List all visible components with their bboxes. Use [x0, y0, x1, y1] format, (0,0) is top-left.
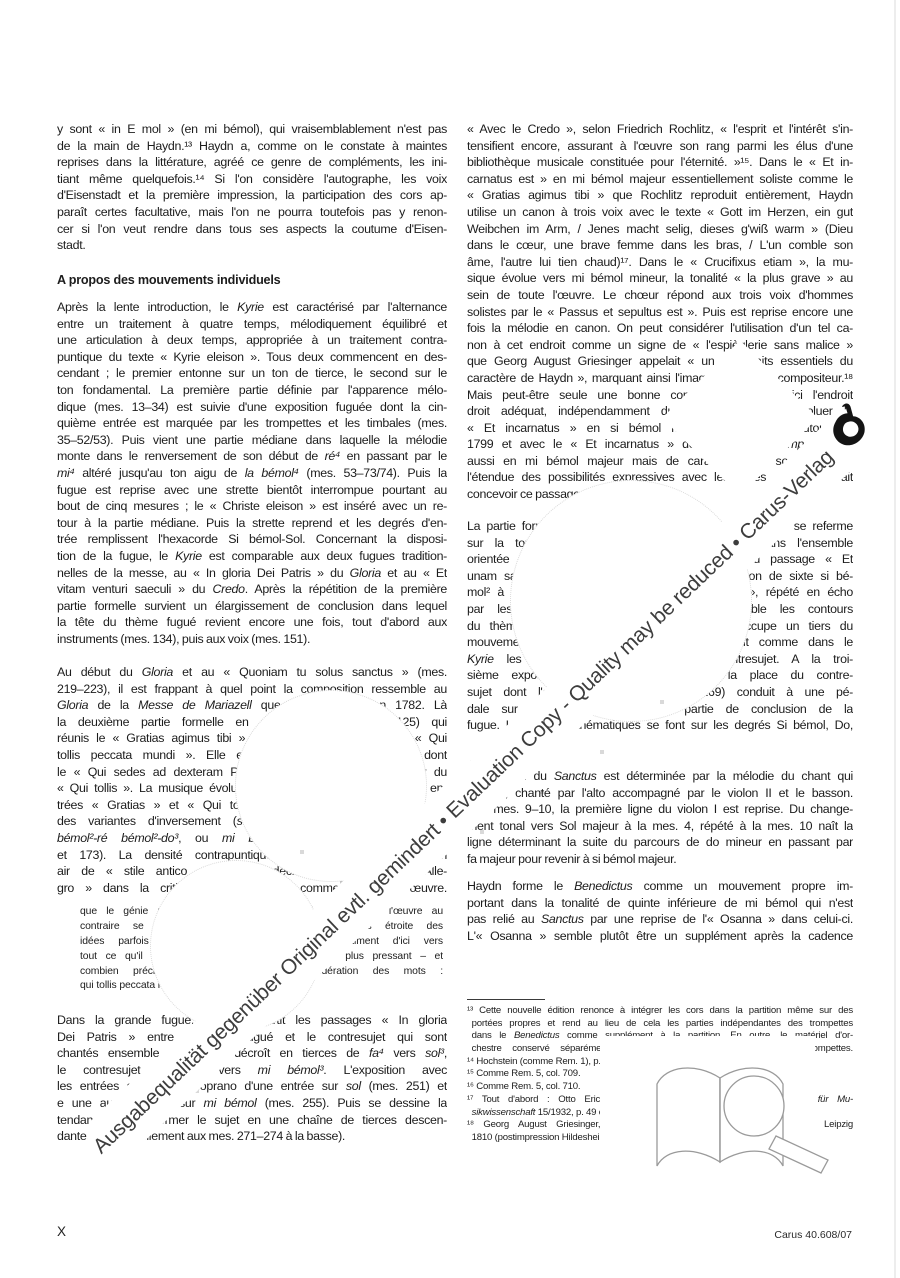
paragraph-sanctus: L'intonation du Sanctus est déterminée p…: [467, 768, 853, 868]
text-line: ligne déterminant la suite du parcours d…: [467, 834, 853, 851]
scan-noise: [0, 0, 2, 2]
text-line: ¹³ Cette nouvelle édition renonce à inté…: [467, 1005, 853, 1018]
text-line: que Georg August Griesinger appelait « u…: [467, 353, 853, 370]
text-line: Haydn forme le Benedictus comme un mouve…: [467, 878, 853, 895]
text-line: bibliothèque musicale constituée pour l'…: [467, 154, 853, 171]
text-line: reprises dans la littérature, agréé ce g…: [57, 154, 447, 171]
page-number: X: [57, 1224, 66, 1239]
text-line: ment tonal vers Sol majeur à la mes. 4, …: [467, 818, 853, 835]
text-line: chantés ensemble ; le sujet décroît en t…: [57, 1045, 447, 1062]
text-line: y sont « in E mol » (en mi bémol), qui v…: [57, 121, 447, 138]
text-line: entre un traitement à quatre temps, mélo…: [57, 316, 447, 333]
text-line: la tête du thème fugué revient encore un…: [57, 614, 447, 631]
text-line: cer si l'on veut rendre dans tous ses as…: [57, 221, 447, 238]
text-line: stadt.: [57, 237, 447, 254]
text-line: de la main de Haydn.¹³ Haydn a, comme on…: [57, 138, 447, 155]
text-line: dans le cœur, une brave femme dans les b…: [467, 237, 853, 254]
text-line: quième entrée est marquée par les trompe…: [57, 415, 447, 432]
text-line: « Gratias agimus tibi » que Rochlitz rep…: [467, 187, 853, 204]
text-line: sein de toute l'œuvre. Le chœur répond a…: [467, 287, 853, 304]
text-line: Aux mes. 9–10, la première ligne du viol…: [467, 801, 853, 818]
text-line: tour à la partie médiane. Puis la strett…: [57, 515, 447, 532]
open-book-magnifier-icon: [600, 1036, 845, 1193]
watermark-erase-circle: [510, 480, 752, 722]
text-line: caractère de Haydn », marquant ainsi l'i…: [467, 370, 853, 387]
text-line: vitam venturi saeculi » du Credo. Après …: [57, 581, 447, 598]
text-line: mi⁴ altéré jusqu'au ton aigu de la bémol…: [57, 465, 447, 482]
text-line: tiant même quelquefois.¹⁴ Si l'on consid…: [57, 171, 447, 188]
text-line: les entrées se suit au soprano d'une ent…: [57, 1078, 447, 1095]
paragraph-kyrie: Après la lente introduction, le Kyrie es…: [57, 299, 447, 647]
text-line: partie formelle survient un élargissemen…: [57, 598, 447, 615]
text-line: carnatus est » en mi bémol majeur essent…: [467, 171, 853, 188]
page-edge-shadow: [894, 0, 896, 1278]
text-line: âme, l'autre lui tien chaud)¹⁷. Dans le …: [467, 254, 853, 271]
text-line: cendant ; le premier entonne sur un ton …: [57, 365, 447, 382]
text-line: Au début du Gloria et au « Quoniam tu so…: [57, 664, 447, 681]
text-line: L'« Osanna » semble plutôt être un suppl…: [467, 928, 853, 945]
text-line: fugue est reprise avec une strette bient…: [57, 482, 447, 499]
text-line: solistes par le « Passus et sepultus est…: [467, 304, 853, 321]
text-line: fa majeur pour revenir à si bémol majeur…: [467, 851, 853, 868]
paragraph-horns: y sont « in E mol » (en mi bémol), qui v…: [57, 121, 447, 254]
text-line: Après la lente introduction, le Kyrie es…: [57, 299, 447, 316]
section-heading: A propos des mouvements individuels: [57, 273, 447, 287]
text-line: 219–223), il est frappant à quel point l…: [57, 681, 447, 698]
text-line: monte dans le renversement de son début …: [57, 448, 447, 465]
text-line: d'Eisenstadt et la première impression, …: [57, 187, 447, 204]
text-line: Weibchen im Arm, / Jenes macht selig, di…: [467, 221, 853, 238]
text-line: paraît certes facultative, mais l'on ne …: [57, 204, 447, 221]
text-line: 35–52/53). Puis vient une partie médiane…: [57, 432, 447, 449]
edition-number: Carus 40.608/07: [652, 1229, 852, 1241]
text-line: nelles de la messe, au « In gloria Dei P…: [57, 565, 447, 582]
text-line: bout de cinq mesures ; le « Christe elei…: [57, 498, 447, 515]
text-line: « Avec le Credo », selon Friedrich Rochl…: [467, 121, 853, 138]
text-line: tion de la fugue, le Kyrie est comparabl…: [57, 548, 447, 565]
text-line: portant dans la tonalité de quinte infér…: [467, 895, 853, 912]
text-line: l'entrée, chanté par l'alto accompagné p…: [467, 785, 853, 802]
paragraph-benedictus: Haydn forme le Benedictus comme un mouve…: [467, 878, 853, 944]
text-line: puntique du texte « Kyrie eleison ». Tou…: [57, 349, 447, 366]
text-line: utilise un canon à trois voix avec le te…: [467, 204, 853, 221]
text-line: tensifient encore, assurant à l'œuvre so…: [467, 138, 853, 155]
text-line: instruments (mes. 134), puis aux voix (m…: [57, 631, 447, 648]
text-line: fois la mélodie en canon. On peut consid…: [467, 320, 853, 337]
text-line: le contresujet de fa³ vers mi bémol³. L'…: [57, 1062, 447, 1079]
footnote-separator: [467, 999, 545, 1000]
text-line: dique (mes. 13–34) est suivie d'une expo…: [57, 399, 447, 416]
text-line: une articulation à deux temps, approprié…: [57, 332, 447, 349]
document-page: y sont « in E mol » (en mi bémol), qui v…: [0, 0, 900, 1278]
text-line: ton fondamental. La première partie défi…: [57, 382, 447, 399]
text-line: trée remplissent l'hexacorde Si bémol-So…: [57, 531, 447, 548]
text-line: pas relié au Sanctus par une reprise de …: [467, 911, 853, 928]
text-line: sique évolue vers mi bémol mineur, la to…: [467, 270, 853, 287]
paragraph-credo: « Avec le Credo », selon Friedrich Rochl…: [467, 121, 853, 503]
text-line: portées propres et rend au lieu de cela …: [467, 1018, 853, 1031]
text-line: non à cet endroit comme un signe de « l'…: [467, 337, 853, 354]
